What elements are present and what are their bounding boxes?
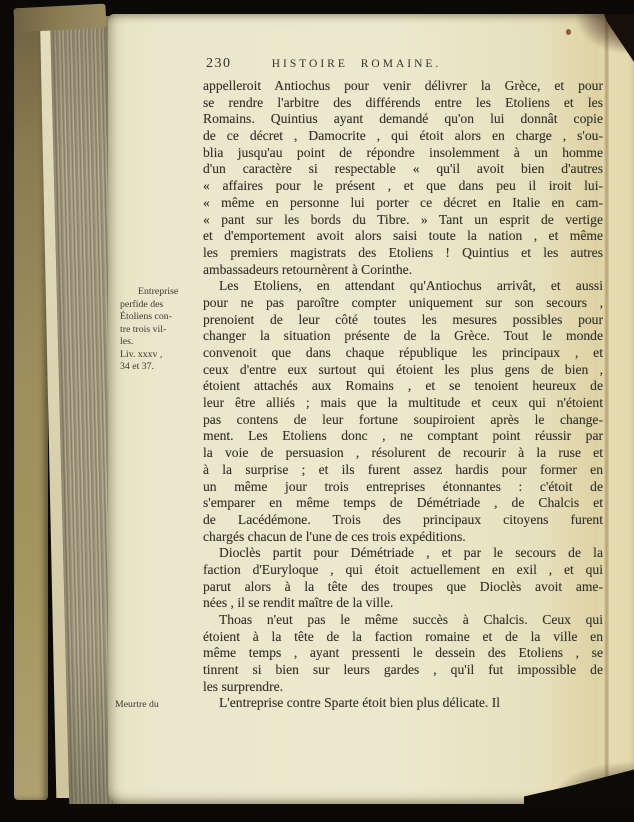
paragraph: Dioclès partit pour Démétriade , et par … — [203, 545, 603, 612]
margin-note-line: les. — [120, 336, 202, 349]
paragraph: Thoas n'eut pas le même succès à Chalcis… — [203, 612, 603, 695]
text-line: et d'emportement avoit alors saisi toute… — [203, 228, 603, 245]
text-line: Thoas n'eut pas le même succès à Chalcis… — [203, 612, 603, 629]
text-line: les premiers magistrats des Etoliens ! Q… — [203, 245, 603, 262]
text-line: Romains. Quintius ayant demandé qu'on lu… — [203, 111, 603, 128]
text-line: appelleroit Antiochus pour venir délivre… — [203, 78, 603, 95]
text-line: les surprendre. — [203, 679, 603, 696]
text-line: nées , il se rendit maître de la ville. — [203, 595, 603, 612]
margin-note-line: Étoliens con- — [120, 311, 202, 324]
text-line: se rendre l'arbitre des différends entre… — [203, 95, 603, 112]
text-line: parut alors à la tête des troupes que Di… — [203, 579, 603, 596]
text-line: Dioclès partit pour Démétriade , et par … — [203, 545, 603, 562]
running-title: HISTOIRE ROMAINE. — [108, 58, 605, 70]
text-line: ambassadeurs retournèrent à Corinthe. — [203, 262, 603, 279]
book-scan-photo: 230 HISTOIRE ROMAINE. Entrepriseperfide … — [0, 0, 634, 822]
margin-note-source-reference: Entrepriseperfide desÉtoliens con-tre tr… — [120, 286, 202, 374]
text-line: pour ne pas paroître compter uniquement … — [203, 295, 603, 312]
text-line: changer la situation présente de la Grèc… — [203, 328, 603, 345]
paragraph: appelleroit Antiochus pour venir délivre… — [203, 78, 603, 278]
text-line: à la surprise ; et ils furent assez hard… — [203, 462, 603, 479]
margin-note-meurtre: Meurtre du — [115, 699, 195, 712]
text-line: « pant sur les bords du Tibre. » Tant un… — [203, 212, 603, 229]
paragraph: Les Etoliens, en attendant qu'Antiochus … — [203, 278, 603, 545]
text-line: convenoit que dans chaque république les… — [203, 345, 603, 362]
margin-note-line: tre trois vil- — [120, 324, 202, 337]
gutter-crease — [604, 14, 609, 804]
text-line: « affaires pour le présent , et que dans… — [203, 178, 603, 195]
text-line: faction d'Euryloque , qui étoit actuelle… — [203, 562, 603, 579]
margin-note-line: Entreprise — [120, 286, 202, 299]
text-line: de ce décret , Damocrite , qui étoit alo… — [203, 128, 603, 145]
text-line: « même en personne lui porter ce décret … — [203, 195, 603, 212]
text-line: pas contens de leur fortune soupiroient … — [203, 412, 603, 429]
text-line: ceux d'entre eux surtout qui étoient les… — [203, 362, 603, 379]
body-text: appelleroit Antiochus pour venir délivre… — [203, 78, 603, 712]
text-line: étoient attachés aux Romains , et se ten… — [203, 378, 603, 395]
book-page: 230 HISTOIRE ROMAINE. Entrepriseperfide … — [108, 14, 634, 804]
text-line: un même jour trois entreprises étonnante… — [203, 479, 603, 496]
text-line: prenoient de leur côté toutes les mesure… — [203, 312, 603, 329]
text-line: leur être alliés ; mais que la multitude… — [203, 395, 603, 412]
text-line: Les Etoliens, en attendant qu'Antiochus … — [203, 278, 603, 295]
margin-note-line: perfide des — [120, 299, 202, 312]
margin-note-line: Meurtre du — [115, 699, 195, 712]
text-line: L'entreprise contre Sparte étoit bien pl… — [203, 695, 603, 712]
margin-note-line: 34 et 37. — [120, 361, 202, 374]
text-line: même temps , ayant pressenti le dessein … — [203, 645, 603, 662]
text-line: blia jusqu'au point de répondre insolemm… — [203, 145, 603, 162]
text-line: d'un caractère si respectable « qu'il av… — [203, 161, 603, 178]
paper-stain — [566, 29, 571, 35]
paragraph: L'entreprise contre Sparte étoit bien pl… — [203, 695, 603, 712]
margin-note-line: Liv. xxxv , — [120, 349, 202, 362]
cover-corner — [13, 4, 106, 33]
text-line: de Lacédémone. Trois des principaux cito… — [203, 512, 603, 529]
text-line: tinrent si bien sur leurs gardes , qu'il… — [203, 662, 603, 679]
text-line: chargés chacun de l'une de ces trois exp… — [203, 529, 603, 546]
text-line: la voie de persuasion , résolurent de re… — [203, 445, 603, 462]
text-line: s'emparer en même temps de Démétriade , … — [203, 495, 603, 512]
text-line: étoient à la tête de la faction romaine … — [203, 629, 603, 646]
text-line: ment. Les Etoliens donc , ne comptant po… — [203, 428, 603, 445]
